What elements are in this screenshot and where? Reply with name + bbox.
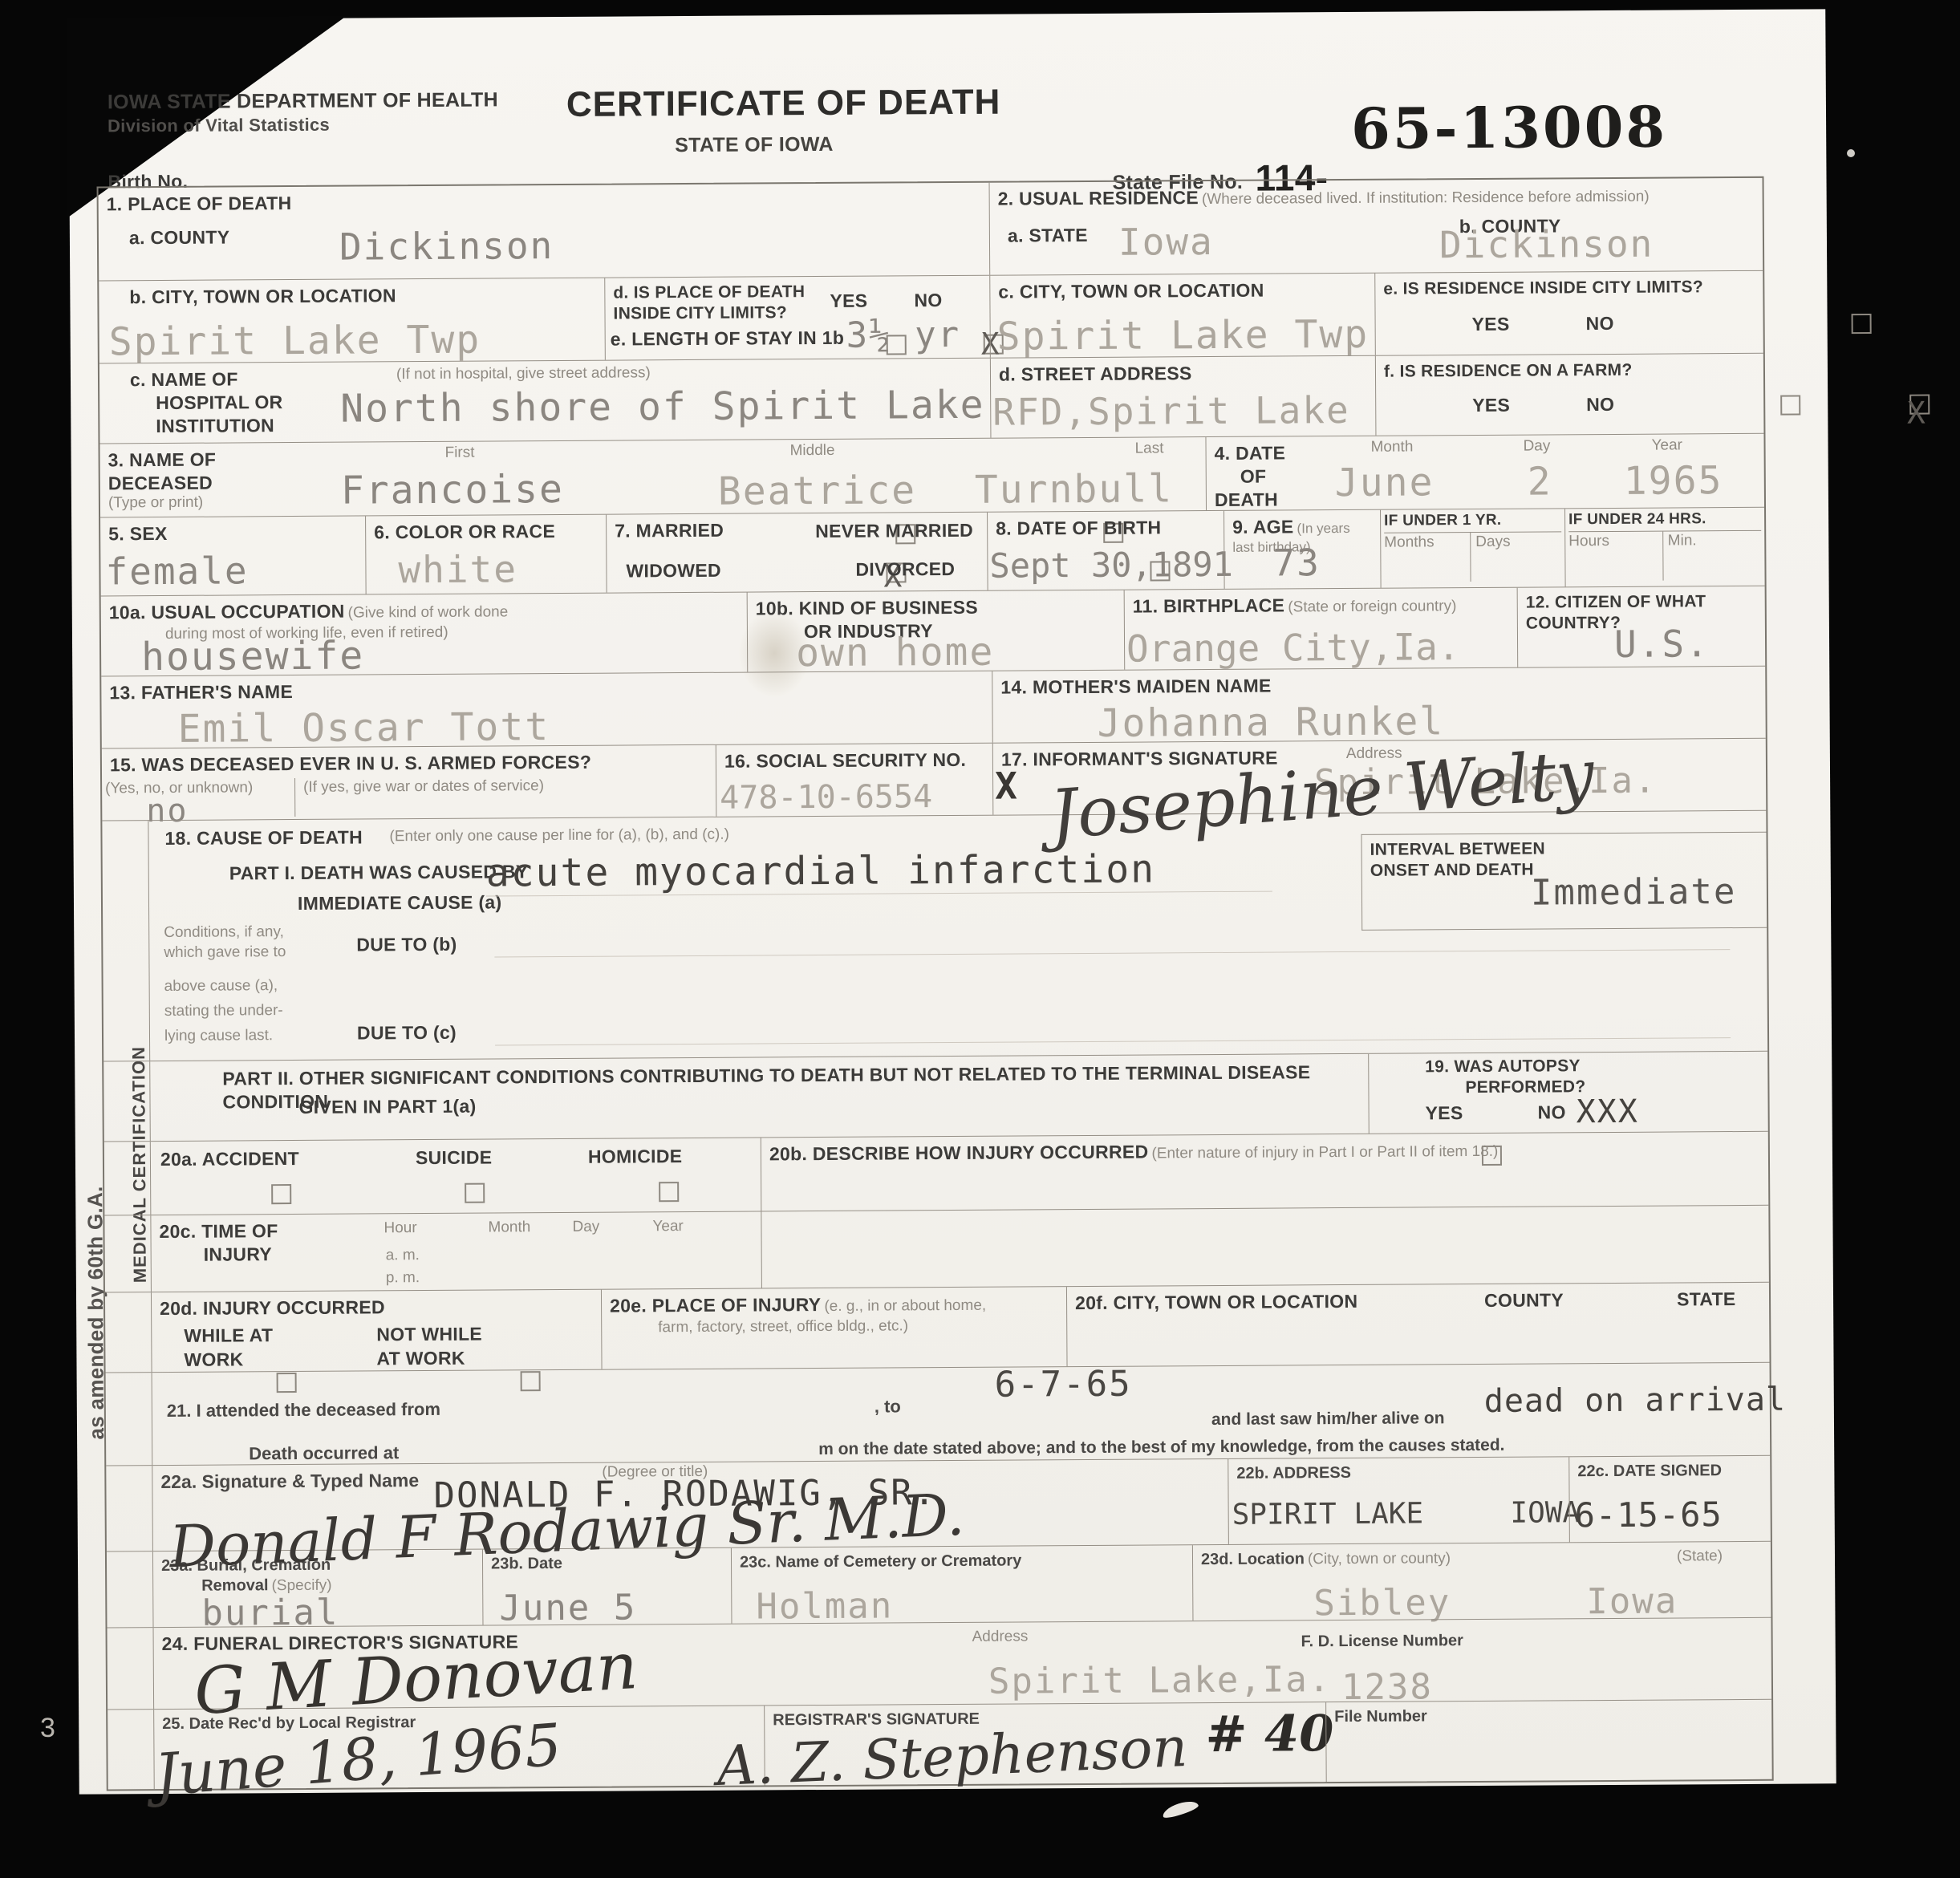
autopsy-yes-label: YES — [1426, 1101, 1463, 1125]
field-race: 6. COLOR OR RACE white — [365, 515, 607, 594]
field-residence-inside-limits: e. IS RESIDENCE INSIDE CITY LIMITS? YES … — [1374, 271, 1763, 355]
time-injury-day: Day — [572, 1218, 599, 1238]
burial-location-hint: (City, town or county) — [1308, 1550, 1451, 1568]
certificate-form: 1. PLACE OF DEATH a. COUNTY Dickinson 2.… — [97, 176, 1774, 1791]
middle-name-value: Beatrice — [718, 471, 916, 511]
row-20d-20e-20f: 20d. INJURY OCCURRED WHILE AT WORK NOT W… — [105, 1282, 1770, 1373]
age-hint-1: (In years — [1297, 521, 1349, 536]
under-24hrs-hours: Hours — [1568, 531, 1662, 581]
informant-x-mark: X — [995, 765, 1017, 808]
checkbox-residence-limits-yes — [1851, 314, 1871, 334]
due-to-c-line — [495, 1037, 1731, 1045]
field-usual-residence: 2. USUAL RESIDENCE (Where deceased lived… — [989, 178, 1763, 275]
row-name-date: 3. NAME OF DECEASED (Type or print) Firs… — [99, 433, 1764, 517]
sex-value: female — [105, 552, 248, 590]
row-armedforces-ssn-informant: 15. WAS DECEASED EVER IN U. S. ARMED FOR… — [102, 738, 1767, 821]
attended-text-2: , to — [874, 1395, 901, 1418]
time-injury-pm: p. m. — [386, 1268, 420, 1288]
cause-label: 18. CAUSE OF DEATH — [164, 825, 363, 850]
scan-speck-right — [1847, 149, 1855, 157]
father-label: 13. FATHER'S NAME — [109, 681, 293, 703]
homicide-label: HOMICIDE — [588, 1145, 683, 1168]
attended-to-value: 6-7-65 — [995, 1367, 1132, 1403]
date-signed-label: 22c. DATE SIGNED — [1577, 1462, 1722, 1480]
burial-location-value: Sibley — [1313, 1585, 1451, 1621]
medical-certification-column-6 — [106, 1373, 153, 1465]
due-to-b-label: DUE TO (b) — [356, 933, 457, 957]
row-place-residence: 1. PLACE OF DEATH a. COUNTY Dickinson 2.… — [99, 178, 1763, 281]
medical-certification-column — [102, 821, 150, 1061]
dod-day-value: 2 — [1528, 462, 1552, 501]
residence-city-label: c. CITY, TOWN OR LOCATION — [998, 280, 1264, 302]
place-injury-label: 20e. PLACE OF INJURY — [610, 1294, 821, 1316]
medical-certification-column-9 — [108, 1628, 155, 1709]
first-name-value: Francoise — [341, 470, 564, 510]
farm-label: f. IS RESIDENCE ON A FARM? — [1384, 361, 1633, 381]
row-part2-autopsy: PART II. OTHER SIGNIFICANT CONDITIONS CO… — [103, 1051, 1768, 1142]
attended-text-1: 21. I attended the deceased from — [167, 1398, 440, 1422]
occupation-value: housewife — [141, 636, 364, 676]
name-hint: (Type or print) — [108, 493, 203, 513]
interval-label-1: INTERVAL BETWEEN — [1370, 838, 1759, 861]
dod-day-header: Day — [1523, 436, 1550, 456]
race-label: 6. COLOR OR RACE — [374, 521, 555, 542]
accident-label: 20a. ACCIDENT — [160, 1147, 299, 1171]
length-of-stay-label: e. LENGTH OF STAY IN 1b — [611, 327, 845, 351]
field-date-of-death: 4. DATE OF DEATH Month Day Year June 2 1… — [1205, 434, 1764, 510]
farm-no-mark: X — [1907, 398, 1926, 428]
autopsy-no-label: NO — [1538, 1101, 1566, 1124]
field-age: 9. AGE (In years last birthday) 73 — [1223, 510, 1381, 589]
field-accident-suicide-homicide: 20a. ACCIDENT SUICIDE HOMICIDE — [151, 1138, 761, 1215]
inside-limits-no-label: NO — [914, 289, 942, 312]
inside-limits-yes-label: YES — [830, 290, 867, 313]
checkbox-farm-yes — [1780, 395, 1800, 416]
row-hospital-street: c. NAME OF HOSPITAL OR INSTITUTION (If n… — [99, 353, 1764, 444]
at-work-label: AT WORK — [376, 1347, 465, 1370]
divorced-label: DIVORCED — [855, 558, 955, 582]
field-hospital: c. NAME OF HOSPITAL OR INSTITUTION (If n… — [99, 359, 991, 444]
medical-certification-column-5 — [105, 1292, 152, 1372]
never-married-label: NEVER MARRIED — [815, 519, 973, 543]
residence-limits-yes-label: YES — [1472, 313, 1510, 336]
birthplace-hint: (State or foreign country) — [1288, 598, 1456, 615]
cause-value: acute myocardial infarction — [486, 850, 1156, 892]
field-if-under-24hrs: IF UNDER 24 HRS. Hours Min. — [1564, 508, 1765, 587]
agency-name: IOWA STATE DEPARTMENT OF HEALTH Division… — [108, 87, 498, 137]
page-title: CERTIFICATE OF DEATH — [566, 80, 1001, 127]
scan-speck-bottom — [1161, 1798, 1199, 1820]
field-date-signed: 22c. DATE SIGNED 6-15-65 — [1568, 1456, 1771, 1543]
under-1yr-months: Months — [1384, 533, 1470, 582]
injury-occurred-label: 20d. INJURY OCCURRED — [160, 1295, 593, 1320]
funeral-address-label: Address — [972, 1627, 1029, 1647]
due-to-b-line — [494, 949, 1730, 957]
checkbox-suicide — [465, 1183, 485, 1203]
checkbox-accident — [271, 1184, 291, 1204]
row-physician: 22a. Signature & Typed Name (Degree or t… — [106, 1455, 1771, 1551]
field-part2: PART II. OTHER SIGNIFICANT CONDITIONS CO… — [150, 1052, 1768, 1141]
street-address-value: RFD,Spirit Lake — [992, 391, 1350, 431]
death-occurred-text: m on the date stated above; and to the b… — [818, 1435, 1504, 1460]
farm-no-label: NO — [1586, 393, 1614, 416]
field-armed-forces: 15. WAS DECEASED EVER IN U. S. ARMED FOR… — [102, 745, 716, 821]
field-place-of-death: 1. PLACE OF DEATH a. COUNTY Dickinson — [99, 183, 990, 281]
field-date-of-birth: 8. DATE OF BIRTH Sept 30,1891 — [987, 511, 1224, 590]
last-name-value: Turnbull — [975, 469, 1173, 509]
checkbox-homicide — [659, 1182, 679, 1202]
time-injury-month: Month — [488, 1218, 530, 1238]
dod-month-value: June — [1335, 463, 1434, 502]
occupation-label: 10a. USUAL OCCUPATION — [109, 601, 345, 623]
usual-residence-hint: (Where deceased lived. If institution: R… — [1202, 189, 1650, 208]
business-value: own home — [796, 633, 994, 673]
dod-year-header: Year — [1651, 436, 1682, 456]
describe-injury-label: 20b. DESCRIBE HOW INJURY OCCURRED — [769, 1142, 1149, 1165]
field-residence-farm: f. IS RESIDENCE ON A FARM? YES NO X — [1375, 354, 1764, 436]
last-saw-value: dead on arrival — [1484, 1384, 1786, 1418]
business-label-1: 10b. KIND OF BUSINESS — [756, 595, 1116, 620]
dod-month-header: Month — [1370, 437, 1413, 457]
work-label: WORK — [184, 1348, 243, 1371]
field-business: 10b. KIND OF BUSINESS OR INDUSTRY own ho… — [747, 590, 1125, 672]
file-number-label: File Number — [1334, 1707, 1427, 1726]
farm-yes-label: YES — [1472, 394, 1510, 417]
field-ssn: 16. SOCIAL SECURITY NO. 478-10-6554 — [716, 744, 993, 817]
medical-certification-column-8 — [107, 1551, 154, 1627]
cause-hint: (Enter only one cause per line for (a), … — [389, 825, 729, 847]
field-occupation: 10a. USUAL OCCUPATION (Give kind of work… — [101, 593, 748, 676]
street-address-label: d. STREET ADDRESS — [999, 363, 1192, 384]
row-attended: 6-7-65 21. I attended the deceased from … — [106, 1362, 1771, 1466]
burial-state-label: (State) — [1677, 1547, 1723, 1567]
autopsy-no-mark: XXX — [1576, 1096, 1638, 1128]
conditions-note-5: lying cause last. — [164, 1026, 286, 1047]
under-1yr-label: IF UNDER 1 YR. — [1384, 510, 1561, 530]
field-burial-location: 23d. Location (City, town or county) (St… — [1192, 1542, 1771, 1620]
age-value: 73 — [1272, 544, 1321, 581]
dob-value: Sept 30,1891 — [989, 548, 1233, 583]
certificate-number: 65-13008 — [1351, 94, 1667, 162]
field-time-of-injury: 20c. TIME OF INJURY Hour Month Day Year … — [151, 1211, 761, 1292]
field-file-number: File Number — [1325, 1700, 1772, 1782]
not-while-label: NOT WHILE — [376, 1323, 482, 1347]
field-describe-injury: 20b. DESCRIBE HOW INJURY OCCURRED (Enter… — [761, 1132, 1769, 1211]
injury-city-label: 20f. CITY, TOWN OR LOCATION — [1075, 1291, 1357, 1313]
field-mother-name: 14. MOTHER'S MAIDEN NAME Johanna Runkel — [992, 667, 1766, 743]
city-of-death-value: Spirit Lake Twp — [109, 321, 481, 362]
first-name-header: First — [444, 444, 474, 464]
field-physician-address: 22b. ADDRESS SPIRIT LAKE IOWA — [1228, 1457, 1569, 1544]
ssn-value: 478-10-6554 — [720, 781, 932, 814]
armed-forces-hint-2: (If yes, give war or dates of service) — [294, 777, 544, 817]
cemetery-value: Holman — [756, 1588, 893, 1624]
conditions-note-2: which gave rise to — [164, 943, 286, 963]
dept-division: Division of Vital Statistics — [108, 113, 498, 137]
part2-label-2: GIVEN IN PART 1(a) — [298, 1095, 476, 1119]
residence-limits-no-label: NO — [1586, 312, 1614, 335]
row-20a-20b: 20a. ACCIDENT SUICIDE HOMICIDE 20b. DESC… — [104, 1131, 1769, 1215]
physician-address-label: 22b. ADDRESS — [1236, 1464, 1351, 1483]
dod-year-value: 1965 — [1624, 461, 1723, 501]
under-24hrs-min: Min. — [1662, 531, 1762, 581]
conditions-note: Conditions, if any, which gave rise to a… — [164, 923, 286, 1046]
date-signed-value: 6-15-65 — [1575, 1498, 1723, 1532]
last-saw-label: and last saw him/her alive on — [1211, 1408, 1445, 1430]
field-cause-of-death: 18. CAUSE OF DEATH (Enter only one cause… — [148, 811, 1767, 1061]
field-citizen: 12. CITIZEN OF WHAT COUNTRY? U.S. — [1517, 586, 1766, 667]
field-street-address: d. STREET ADDRESS RFD,Spirit Lake — [990, 356, 1376, 438]
usual-residence-label: 2. USUAL RESIDENCE — [998, 187, 1199, 209]
registrar-number: # 40 — [1205, 1704, 1333, 1763]
time-injury-hour: Hour — [383, 1219, 416, 1239]
medical-certification-column-3 — [104, 1142, 152, 1215]
conditions-note-1: Conditions, if any, — [164, 923, 286, 943]
place-injury-hint-2: farm, factory, street, office bldg., etc… — [658, 1316, 1058, 1338]
field-inside-city-limits: d. IS PLACE OF DEATH INSIDE CITY LIMITS?… — [604, 276, 990, 360]
place-of-death-label: 1. PLACE OF DEATH — [107, 193, 292, 214]
field-autopsy: 19. WAS AUTOPSY PERFORMED? YES NO XXX — [1368, 1052, 1768, 1134]
field-birthplace: 11. BIRTHPLACE (State or foreign country… — [1124, 588, 1518, 670]
hospital-hint: (If not in hospital, give street address… — [396, 363, 651, 385]
injury-county-label: COUNTY — [1484, 1288, 1564, 1312]
age-label: 9. AGE — [1232, 516, 1294, 537]
medical-certification-column-10 — [108, 1710, 155, 1789]
county-value: Dickinson — [339, 227, 554, 266]
residence-limits-label: e. IS RESIDENCE INSIDE CITY LIMITS? — [1383, 278, 1703, 298]
race-value: white — [398, 550, 517, 588]
widowed-label: WIDOWED — [626, 559, 721, 582]
under-1yr-days: Days — [1470, 532, 1561, 582]
part1-label: PART I. DEATH WAS CAUSED BY — [229, 860, 529, 885]
residence-city-value: Spirit Lake Twp — [997, 315, 1370, 356]
residence-state-label: a. STATE — [1008, 224, 1088, 247]
field-if-under-1yr: IF UNDER 1 YR. Months Days — [1380, 509, 1565, 587]
occupation-hint-1: (Give kind of work done — [348, 603, 509, 621]
conditions-note-4: stating the under- — [164, 1001, 286, 1022]
death-certificate-page: IOWA STATE DEPARTMENT OF HEALTH Division… — [68, 9, 1836, 1794]
time-injury-am: a. m. — [386, 1246, 420, 1266]
checkbox-farm-no: X — [1909, 395, 1930, 415]
hospital-value: North shore of Spirit Lake — [340, 386, 985, 428]
dept-title: IOWA STATE DEPARTMENT OF HEALTH — [108, 87, 498, 115]
field-name-of-deceased: 3. NAME OF DECEASED (Type or print) Firs… — [99, 437, 1206, 517]
field-funeral-director: 24. FUNERAL DIRECTOR'S SIGNATURE Address… — [154, 1618, 1772, 1709]
due-to-c-label: DUE TO (c) — [357, 1021, 457, 1045]
field-injury-occurred: 20d. INJURY OCCURRED WHILE AT WORK NOT W… — [152, 1290, 602, 1372]
residence-state-value: Iowa — [1118, 223, 1214, 261]
death-occurred-label: Death occurred at — [249, 1442, 399, 1465]
describe-injury-hint: (Enter nature of injury in Part I or Par… — [1151, 1143, 1498, 1162]
mother-value: Johanna Runkel — [1098, 702, 1445, 743]
burial-location-label: 23d. Location — [1201, 1550, 1305, 1568]
injury-state-label: STATE — [1677, 1288, 1736, 1311]
row-20c: 20c. TIME OF INJURY Hour Month Day Year … — [104, 1205, 1769, 1292]
immediate-cause-label: IMMEDIATE CAUSE (a) — [298, 890, 502, 915]
row-city-limits: b. CITY, TOWN OR LOCATION Spirit Lake Tw… — [99, 270, 1763, 363]
field-sex: 5. SEX female — [100, 516, 366, 595]
medical-certification-column-2 — [103, 1061, 151, 1141]
while-at-label: WHILE AT — [184, 1324, 273, 1347]
page-subtitle: STATE OF IOWA — [675, 132, 834, 158]
burial-state-value: Iowa — [1586, 1584, 1678, 1620]
time-injury-year: Year — [652, 1217, 684, 1237]
citizen-value: U.S. — [1614, 625, 1710, 663]
field-20c-blank — [761, 1206, 1769, 1288]
city-of-death-label: b. CITY, TOWN OR LOCATION — [129, 285, 396, 307]
margin-digit: 3 — [40, 1713, 55, 1744]
dob-label: 8. DATE OF BIRTH — [996, 517, 1161, 538]
field-place-of-injury: 20e. PLACE OF INJURY (e. g., in or about… — [601, 1287, 1067, 1369]
sex-label: 5. SEX — [108, 523, 168, 544]
last-name-header: Last — [1134, 439, 1163, 459]
ssn-label: 16. SOCIAL SECURITY NO. — [724, 749, 966, 772]
physician-address-value: SPIRIT LAKE IOWA — [1232, 1499, 1581, 1530]
medical-certification-column-4 — [104, 1215, 152, 1292]
field-city-of-death: b. CITY, TOWN OR LOCATION Spirit Lake Tw… — [99, 278, 605, 363]
field-registrar-signature: REGISTRAR'S SIGNATURE A. Z. Stephenson #… — [764, 1702, 1326, 1785]
autopsy-label-1: 19. WAS AUTOPSY — [1425, 1055, 1759, 1078]
row-occupation-birthplace: 10a. USUAL OCCUPATION (Give kind of work… — [101, 586, 1766, 676]
birthplace-value: Orange City,Ia. — [1126, 628, 1460, 667]
under-24hrs-label: IF UNDER 24 HRS. — [1568, 509, 1761, 529]
field-physician-signature: 22a. Signature & Typed Name (Degree or t… — [152, 1459, 1228, 1551]
conditions-note-3: above cause (a), — [164, 976, 286, 997]
field-father-name: 13. FATHER'S NAME Emil Oscar Tott — [101, 671, 992, 748]
registrar-signature-script: A. Z. Stephenson — [716, 1721, 1188, 1795]
funeral-address-value: Spirit Lake,Ia. — [988, 1662, 1332, 1700]
physician-sig-label: 22a. Signature & Typed Name — [160, 1470, 419, 1492]
place-injury-hint-1: (e. g., in or about home, — [824, 1297, 986, 1315]
row-cause-of-death: 18. CAUSE OF DEATH (Enter only one cause… — [102, 810, 1767, 1061]
field-injury-city: 20f. CITY, TOWN OR LOCATION COUNTY STATE — [1066, 1283, 1770, 1366]
time-injury-label-2: INJURY — [204, 1239, 753, 1266]
length-of-stay-value: 3½ yr — [846, 318, 961, 354]
middle-name-header: Middle — [789, 441, 834, 461]
birthplace-label: 11. BIRTHPLACE — [1133, 594, 1285, 616]
mother-label: 14. MOTHER'S MAIDEN NAME — [1000, 675, 1271, 698]
burial-date-value: June 5 — [499, 1590, 636, 1626]
medical-certification-column-7 — [106, 1466, 153, 1551]
interval-box: INTERVAL BETWEEN ONSET AND DEATH Immedia… — [1361, 832, 1767, 931]
suicide-label: SUICIDE — [416, 1146, 493, 1170]
interval-value: Immediate — [1531, 874, 1737, 911]
residence-county-value: Dickinson — [1439, 225, 1654, 264]
married-label: 7. MARRIED — [615, 520, 724, 541]
field-marital-status: 7. MARRIED NEVER MARRIED WIDOWED X DIVOR… — [606, 513, 988, 593]
father-value: Emil Oscar Tott — [178, 708, 550, 748]
county-label: a. COUNTY — [129, 225, 230, 249]
fd-license-label: F. D. License Number — [1301, 1631, 1463, 1652]
row-parents: 13. FATHER'S NAME Emil Oscar Tott 14. MO… — [101, 666, 1766, 748]
row-sex-race-marital: 5. SEX female 6. COLOR OR RACE white 7. … — [100, 507, 1765, 596]
fd-license-value: 1238 — [1341, 1669, 1433, 1706]
field-attended: 6-7-65 21. I attended the deceased from … — [152, 1363, 1771, 1465]
field-residence-city: c. CITY, TOWN OR LOCATION Spirit Lake Tw… — [989, 274, 1375, 358]
field-informant: 17. INFORMANT'S SIGNATURE Address Spirit… — [992, 739, 1767, 815]
field-cemetery: 23c. Name of Cemetery or Crematory Holma… — [731, 1545, 1193, 1624]
row-funeral-director: 24. FUNERAL DIRECTOR'S SIGNATURE Address… — [108, 1617, 1772, 1710]
armed-forces-label: 15. WAS DECEASED EVER IN U. S. ARMED FOR… — [110, 752, 591, 776]
